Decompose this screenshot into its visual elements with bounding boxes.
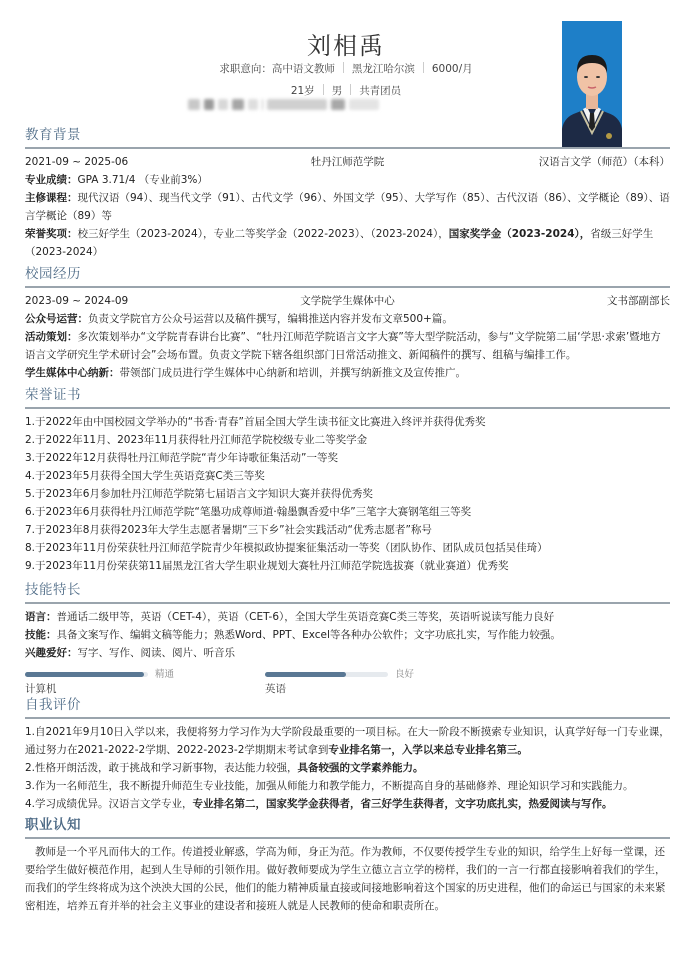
honor-item: 7.于2023年8月获得2023年大学生志愿者暑期“三下乡”社会实践活动“优秀志…	[25, 521, 670, 539]
education-period: 2021-09 ~ 2025-06	[25, 153, 128, 171]
honor-item: 8.于2023年11月份荣获牡丹江师范学院青少年模拟政协提案征集活动一等奖（团队…	[25, 539, 670, 557]
role: 文书部副部长	[607, 292, 670, 310]
honor-item: 3.于2022年12月获得牡丹江师范学院“青少年诗歌征集活动”一等奖	[25, 449, 670, 467]
skill-bars: 精通 计算机 良好 英语	[25, 666, 670, 696]
career-section: 职业认知 教师是一个平凡而伟大的工作。传道授业解惑，学高为师，身正为范。作为教师…	[25, 814, 670, 915]
honor-item: 1.于2022年由中国校园文学举办的“书香·青春”首届全国大学生读书征文比赛进入…	[25, 413, 670, 431]
skill-item: 语言：普通话二级甲等，英语（CET-4），英语（CET-6），全国大学生英语竞赛…	[25, 608, 670, 626]
career-paragraph: 教师是一个平凡而伟大的工作。传道授业解惑，学高为师，身正为范。作为教师，不仅要传…	[25, 843, 670, 915]
honor-item: 9.于2023年11月份荣获第11届黑龙江省大学生职业规划大赛牡丹江师范学院选拔…	[25, 557, 670, 575]
age: 21岁	[291, 85, 315, 97]
blurred-contact-info	[188, 98, 394, 110]
honor-item: 5.于2023年6月参加牡丹江师范学院第七届语言文字知识大赛并获得优秀奖	[25, 485, 670, 503]
skills-section: 技能特长 语言：普通话二级甲等，英语（CET-4），英语（CET-6），全国大学…	[25, 579, 670, 696]
campus-item: 公众号运营：负责文学院官方公众号运营以及稿件撰写，编辑推送内容并发布文章500+…	[25, 310, 670, 328]
section-divider	[25, 147, 670, 149]
gpa-line: 专业成绩：GPA 3.71/4 （专业前3%）	[25, 171, 670, 189]
section-divider	[25, 407, 670, 409]
progress-fill	[265, 672, 346, 677]
section-divider	[25, 286, 670, 288]
skill-level: 良好	[395, 666, 414, 680]
honors-section: 荣誉证书 1.于2022年由中国校园文学举办的“书香·青春”首届全国大学生读书征…	[25, 384, 670, 575]
self-eval-item: 2.性格开朗活泼，敢于挑战和学习新事物，表达能力较强，具备较强的文学素养能力。	[25, 759, 670, 777]
political-status: 共青团员	[359, 85, 401, 97]
skill-item: 技能：具备文案写作、编辑文稿等能力；熟悉Word、PPT、Excel等各种办公软…	[25, 626, 670, 644]
salary: 6000/月	[432, 63, 473, 75]
self-eval-item: 3.作为一名师范生，我不断提升师范生专业技能，加强从师能力和教学能力，不断提高自…	[25, 777, 670, 795]
skill-item: 兴趣爱好：写字、写作、阅读、阅片、听音乐	[25, 644, 670, 662]
education-entry-header: 2021-09 ~ 2025-06 牡丹江师范学院 汉语言文学（师范）（本科）	[25, 153, 670, 171]
progress-fill	[25, 672, 144, 677]
honor-item: 6.于2023年6月获得牡丹江师范学院“笔墨功成尊师道·翰墨飘香爱中华”三笔字大…	[25, 503, 670, 521]
section-title-career: 职业认知	[25, 814, 670, 836]
campus-period: 2023-09 ~ 2024-09	[25, 292, 128, 310]
section-title-self-evaluation: 自我评价	[25, 694, 670, 716]
section-title-skills: 技能特长	[25, 579, 670, 601]
campus-item: 学生媒体中心纳新：带领部门成员进行学生媒体中心纳新和培训，并撰写纳新推文及宣传推…	[25, 364, 670, 382]
section-title-honors: 荣誉证书	[25, 384, 670, 406]
job-intent: 求职意向：高中语文教师	[219, 63, 335, 75]
campus-entry-header: 2023-09 ~ 2024-09 文学院学生媒体中心 文书部副部长	[25, 292, 670, 310]
resume-header: 刘相禹 求职意向：高中语文教师黑龙江哈尔滨6000/月 21岁男共青团员	[0, 0, 692, 125]
self-eval-item: 4.学习成绩优异。汉语言文学专业，专业排名第二，国家奖学金获得者，省三好学生获得…	[25, 795, 670, 813]
section-divider	[25, 837, 670, 839]
campus-item: 活动策划：多次策划举办“文学院青春讲台比赛”、“牡丹江师范学院语言文字大赛”等大…	[25, 328, 670, 364]
location: 黑龙江哈尔滨	[352, 63, 415, 75]
honor-item: 4.于2023年5月获得全国大学生英语竞赛C类三等奖	[25, 467, 670, 485]
awards-line: 荣誉奖项：校三好学生（2023-2024），专业二等奖学金（2022-2023）…	[25, 225, 670, 261]
section-divider	[25, 602, 670, 604]
section-title-education: 教育背景	[25, 124, 670, 146]
section-divider	[25, 717, 670, 719]
self-eval-item: 1.自2021年9月10日入学以来，我便将努力学习作为大学阶段最重要的一项目标。…	[25, 723, 670, 759]
skill-bar-english: 良好 英语	[265, 666, 505, 696]
resume-page: 刘相禹 求职意向：高中语文教师黑龙江哈尔滨6000/月 21岁男共青团员	[0, 0, 692, 979]
education-section: 教育背景 2021-09 ~ 2025-06 牡丹江师范学院 汉语言文学（师范）…	[25, 124, 670, 261]
divider	[350, 84, 351, 95]
major: 汉语言文学（师范）（本科）	[539, 153, 670, 171]
section-title-campus: 校园经历	[25, 263, 670, 285]
gender: 男	[332, 85, 343, 97]
divider	[323, 84, 324, 95]
self-evaluation-section: 自我评价 1.自2021年9月10日入学以来，我便将努力学习作为大学阶段最重要的…	[25, 694, 670, 813]
courses-line: 主修课程：现代汉语（94）、现当代文学（91）、古代文学（96）、外国文学（95…	[25, 189, 670, 225]
divider	[343, 62, 344, 73]
campus-section: 校园经历 2023-09 ~ 2024-09 文学院学生媒体中心 文书部副部长 …	[25, 263, 670, 382]
skill-bar-computer: 精通 计算机	[25, 666, 265, 696]
skill-level: 精通	[155, 666, 174, 680]
honor-item: 2.于2022年11月、2023年11月获得牡丹江师范学院校级专业二等奖学金	[25, 431, 670, 449]
divider	[423, 62, 424, 73]
